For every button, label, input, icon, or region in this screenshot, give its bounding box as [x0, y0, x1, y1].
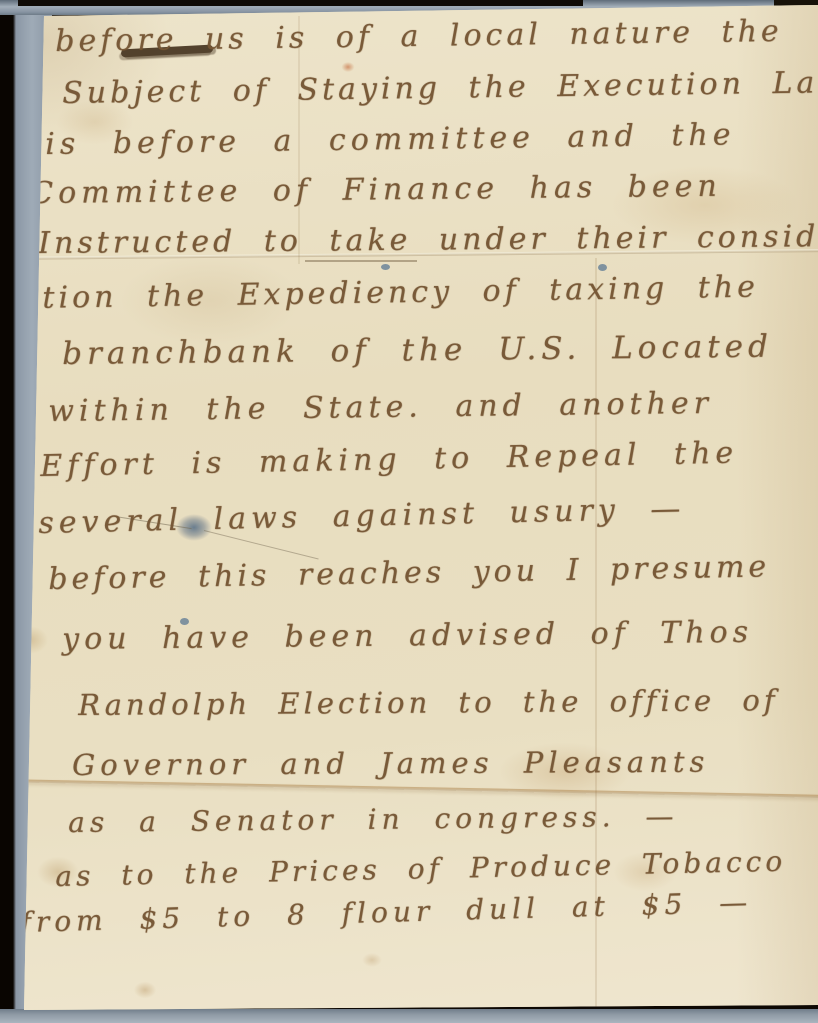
handwritten-line: Governor and James Pleasants	[72, 745, 709, 782]
handwritten-line: you have been advised of Thos	[62, 615, 753, 657]
scanner-shadow-top	[18, 0, 583, 6]
handwritten-line: Committee of Finance has been	[30, 169, 722, 211]
handwritten-line: branchbank of the U.S. Located	[62, 329, 773, 372]
scanner-mat-bottom-edge	[0, 1009, 818, 1023]
handwritten-line: is before a committee and the	[45, 117, 736, 162]
handwritten-line: from $5 to 8 flour dull at $5 —	[20, 886, 753, 939]
handwritten-line: within the State. and another	[48, 386, 713, 429]
handwritten-line: before us is of a local nature the	[55, 14, 783, 59]
scanned-letter-page: before us is of a local nature theSubjec…	[0, 0, 818, 1023]
handwritten-line: Instructed to take under their considera	[38, 219, 818, 261]
handwritten-line: as a Senator in congress. —	[68, 800, 679, 839]
handwritten-line: Effort is making to Repeal the	[40, 436, 738, 484]
handwritten-line: as to the Prices of Produce Tobacco	[55, 845, 786, 893]
handwritten-line: Subject of Staying the Execution Law	[62, 65, 818, 111]
letter-sheet: before us is of a local nature theSubjec…	[0, 0, 818, 1023]
handwritten-line: -tion the Expediency of taxing the	[28, 270, 759, 316]
handwriting-layer: before us is of a local nature theSubjec…	[0, 0, 818, 1023]
handwritten-line: before this reaches you I presume	[48, 549, 770, 597]
handwritten-line: several laws against usury —	[38, 491, 686, 541]
handwritten-line: Randolph Election to the office of	[78, 683, 779, 722]
